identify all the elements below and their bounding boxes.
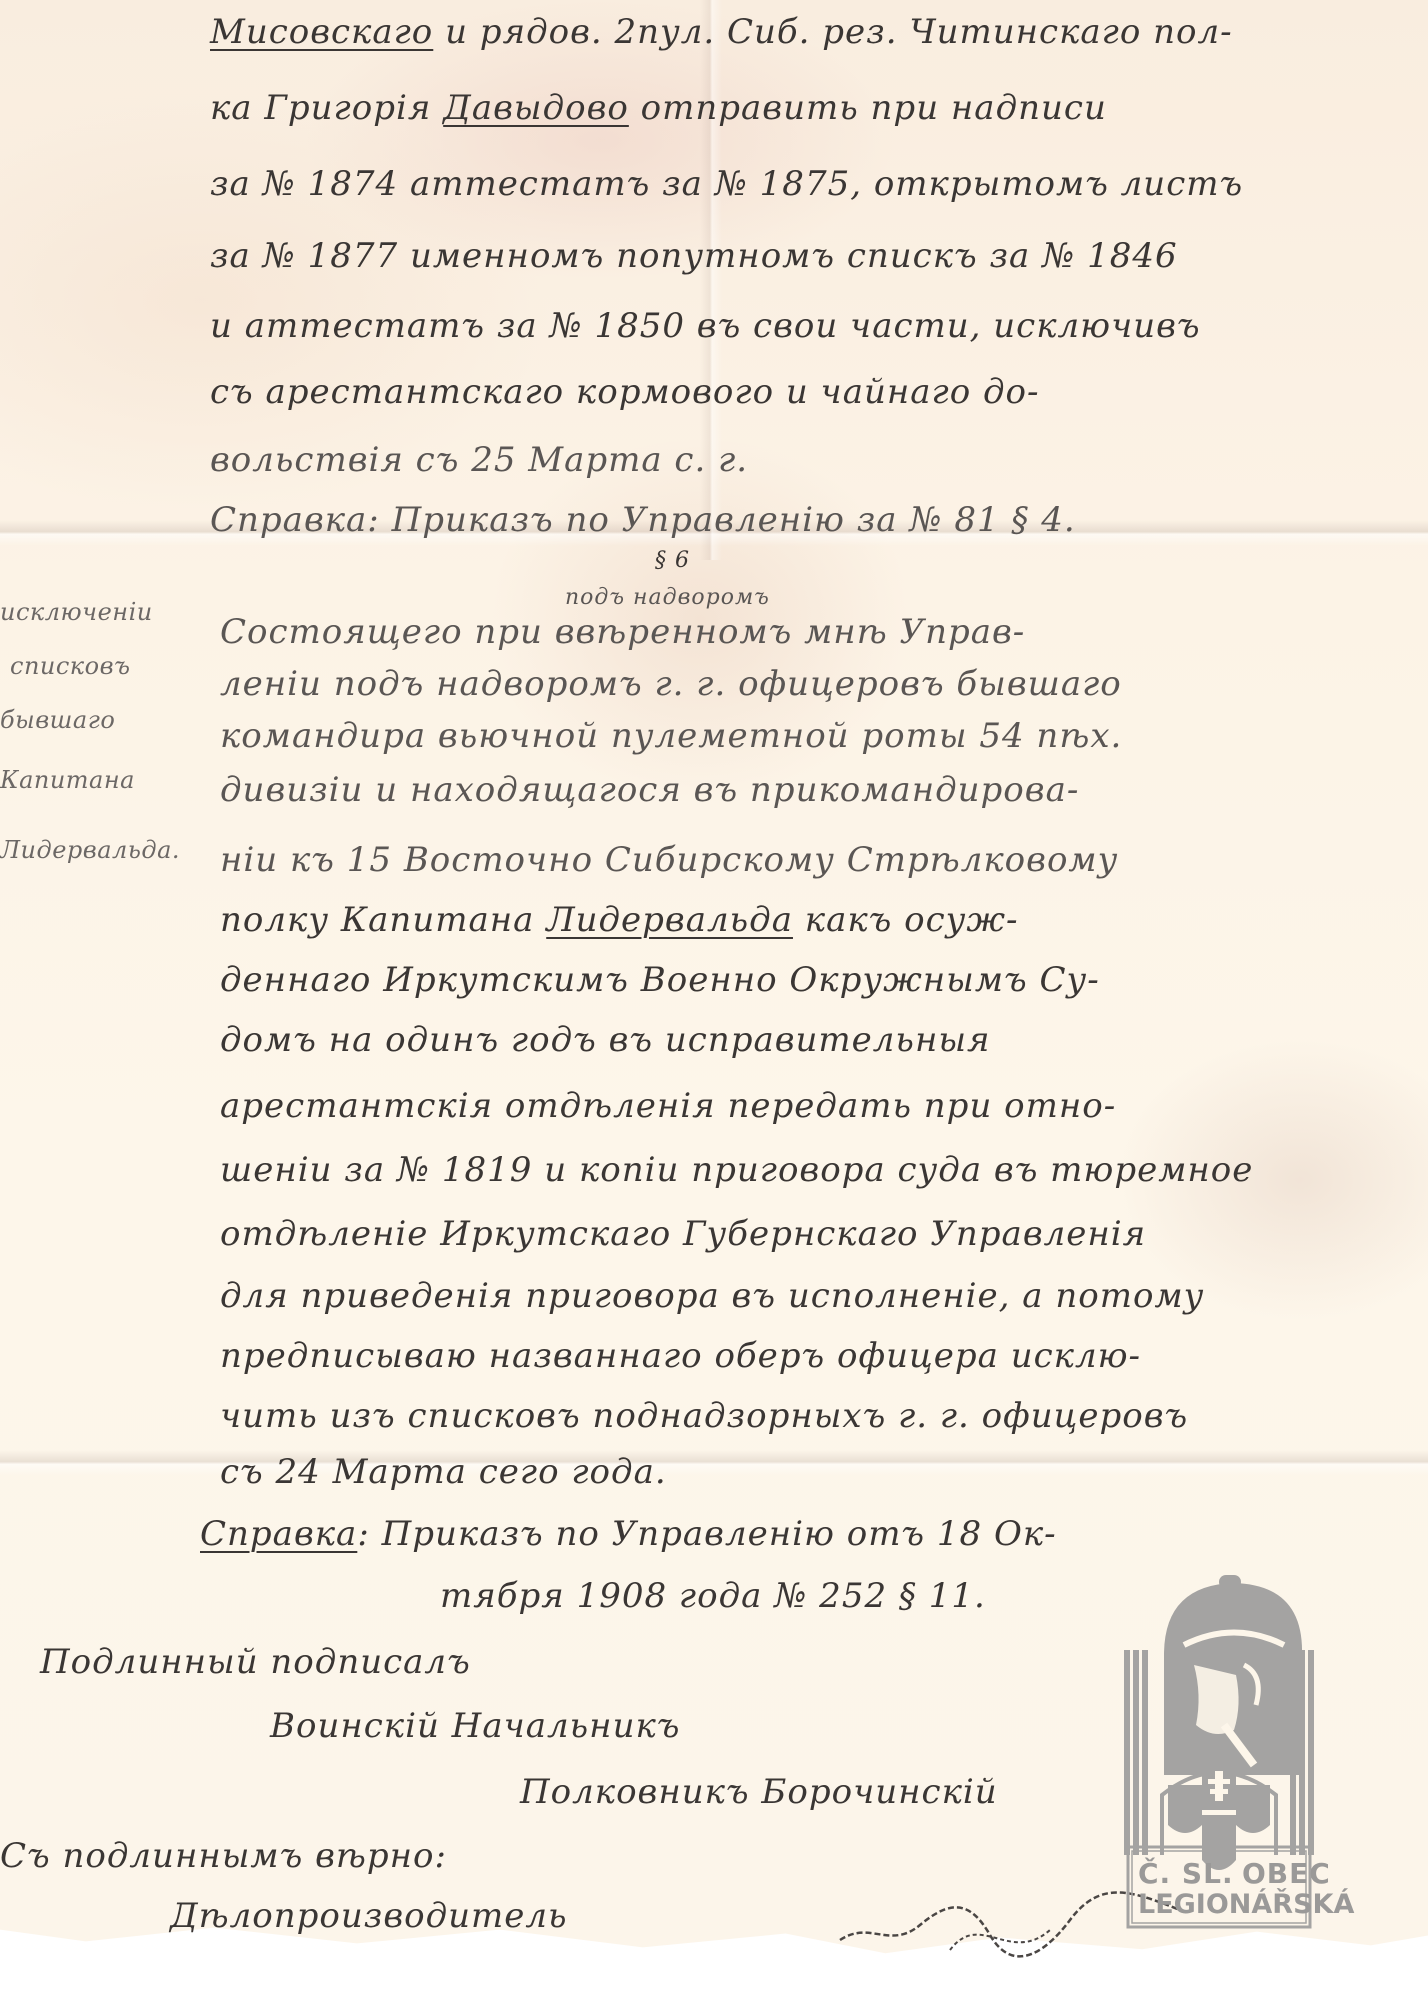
underlined-name: Лидервальда <box>546 900 793 940</box>
text-line: дивизіи и находящагося въ прикомандирова… <box>220 770 1079 810</box>
text-line: съ 24 Марта сего года. <box>220 1452 667 1492</box>
text-line: домъ на одинъ годъ въ исправительныя <box>220 1020 991 1060</box>
text-line: предписываю названнаго оберъ офицера иск… <box>220 1336 1141 1376</box>
watermark-text-right: OBEC <box>1242 1857 1331 1890</box>
reference-line: тября 1908 года № 252 § 11. <box>440 1576 986 1616</box>
watermark-text-bottom: LEGIONÁŘSKÁ <box>1138 1889 1354 1920</box>
signature-line: Съ подлиннымъ вѣрно: <box>0 1836 447 1876</box>
text-line: и аттестатъ за № 1850 въ свои части, иск… <box>210 306 1201 346</box>
margin-note: бывшаго <box>0 706 115 734</box>
reference-line: Справка: Приказъ по Управленію отъ 18 Ок… <box>200 1514 1057 1554</box>
margin-note: Лидервальда. <box>0 836 180 864</box>
text-line: отдѣленіе Иркутскаго Губернскаго Управле… <box>220 1214 1146 1254</box>
margin-note: списковъ <box>10 652 131 680</box>
reference-line: Справка: Приказъ по Управленію за № 81 §… <box>210 500 1076 540</box>
text-line: арестантскія отдѣленія передать при отно… <box>220 1086 1116 1126</box>
text-line: для приведенія приговора въ исполненіе, … <box>220 1276 1204 1316</box>
text-line: ніи къ 15 Восточно Сибирскому Стрѣлковом… <box>220 840 1118 880</box>
watermark-text-left: Č. SL. <box>1138 1857 1234 1890</box>
signature-line: Полковникъ Борочинскій <box>520 1772 998 1812</box>
text-line: за № 1874 аттестатъ за № 1875, открытомъ… <box>210 164 1243 204</box>
text-line-rest: какъ осуж- <box>793 900 1019 940</box>
text-line-start: полку Капитана <box>220 900 546 940</box>
margin-note: Капитана <box>0 766 135 794</box>
signature-line: Воинскій Начальникъ <box>270 1706 680 1746</box>
text-line: ка Григорія Давыдово отправить при надпи… <box>210 88 1107 128</box>
underlined-word: Мисовскаго <box>210 12 433 52</box>
section-number: § 6 <box>655 548 690 573</box>
signature-line: Дѣлопроизводитель <box>170 1896 568 1936</box>
text-line: чить изъ списковъ поднадзорныхъ г. г. оф… <box>220 1396 1188 1436</box>
text-line: полку Капитана Лидервальда какъ осуж- <box>220 900 1019 940</box>
text-line: за № 1877 именномъ попутномъ спискъ за №… <box>210 236 1178 276</box>
inserted-correction: подъ надворомъ <box>565 585 770 610</box>
watermark-emblem: Č. SL. OBEC LEGIONÁŘSKÁ <box>1124 1575 1314 1930</box>
text-line: вольствія съ 25 Марта с. г. <box>210 440 748 480</box>
margin-note: исключеніи <box>0 598 153 626</box>
text-line-rest: и рядов. 2пул. Сиб. рез. Читинскаго пол- <box>445 12 1233 52</box>
text-line: деннаго Иркутскимъ Военно Окружнымъ Су- <box>220 960 1100 1000</box>
text-line: шеніи за № 1819 и копіи приговора суда в… <box>220 1150 1253 1190</box>
signature-line: Подлинный подписалъ <box>40 1642 471 1682</box>
text-line-rest: : Приказъ по Управленію отъ 18 Ок- <box>357 1514 1056 1554</box>
text-line: съ арестантскаго кормового и чайнаго до- <box>210 372 1040 412</box>
text-line: Состоящего при ввѣренномъ мнѣ Управ- <box>220 612 1025 652</box>
text-line: леніи подъ надворомъ г. г. офицеровъ быв… <box>220 664 1122 704</box>
underlined-name: Давыдово <box>443 88 629 128</box>
text-line: командира вьючной пулеметной роты 54 пѣх… <box>220 716 1122 756</box>
underlined-word: Справка <box>200 1514 357 1554</box>
text-line: Мисовскаго и рядов. 2пул. Сиб. рез. Чити… <box>210 12 1233 52</box>
